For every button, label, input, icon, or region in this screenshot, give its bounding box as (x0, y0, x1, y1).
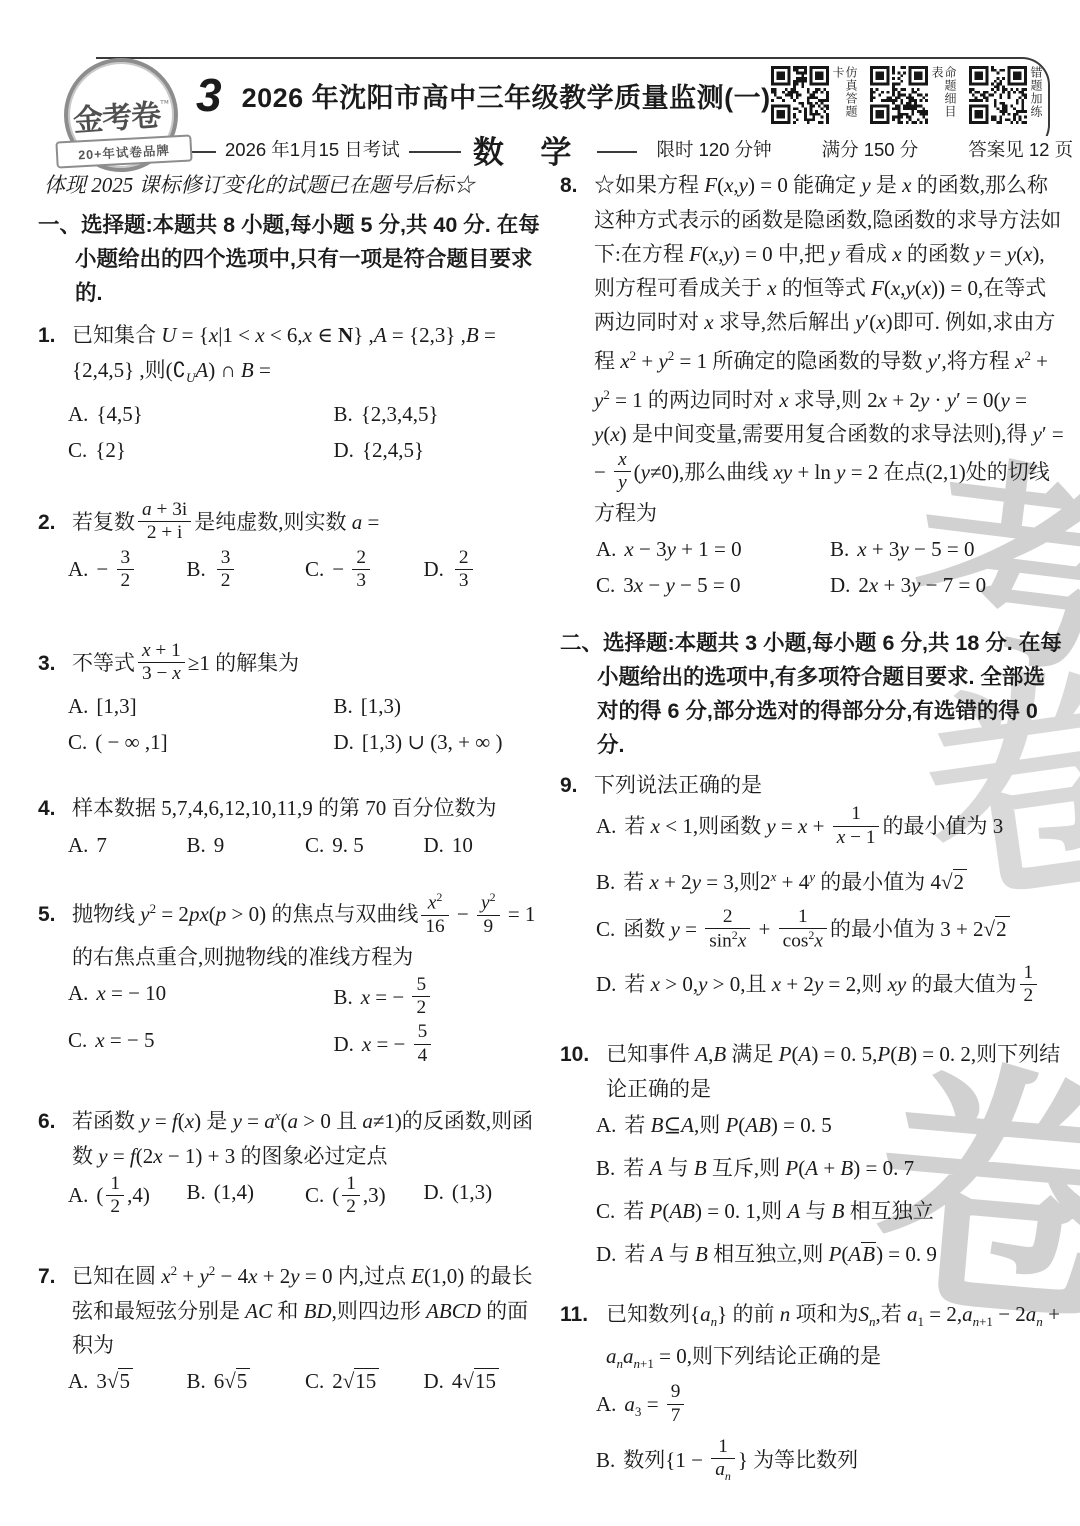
option-text: 32 (214, 557, 238, 581)
options: A.x − 3y + 1 = 0B.x + 3y − 5 = 0C.3x − y… (560, 532, 1064, 602)
option: C.函数 y = 2sin2x + 1cos2x的最小值为 3 + 2√2 (596, 908, 1064, 955)
option-label: B. (830, 537, 849, 561)
full-score-label: 满分 150 分 (813, 136, 928, 162)
header-meta-row: 2026 年1月15 日考试 数 学 限时 120 分钟 满分 150 分 答案… (120, 133, 1046, 165)
section-header: 一、选择题:本题共 8 小题,每小题 5 分,共 40 分. 在每小题给出的四个… (38, 208, 542, 310)
option-label: A. (596, 814, 616, 838)
question: 8.☆如果方程 F(x,y) = 0 能确定 y 是 x 的函数,那么称这种方式… (560, 168, 1064, 602)
option-text: [1,3) ∪ (3, + ∞ ) (362, 730, 503, 754)
option: B.数列{1 − 1an} 为等比数列 (596, 1438, 1064, 1486)
options: A.若 x < 1,则函数 y = x + 1x − 1的最小值为 3B.若 x… (560, 805, 1064, 1009)
option-text: 9. 5 (332, 833, 364, 857)
question-stem: 9.下列说法正确的是 (560, 768, 1064, 803)
qr-item: 错题加练 (969, 66, 1042, 124)
option: D.10 (424, 828, 543, 862)
option-label: D. (424, 833, 444, 857)
option: B.若 A 与 B 互斥,则 P(A + B) = 0. 7 (596, 1151, 1064, 1185)
option-text: 若 x > 0,y > 0,且 x + 2y = 2,则 xy 的最大值为12 (624, 972, 1040, 996)
question: 5.抛物线 y2 = 2px(p > 0) 的焦点与双曲线x216 − y29 … (38, 892, 542, 1068)
option-text: 若 P(AB) = 0. 1,则 A 与 B 相互独立 (623, 1199, 933, 1223)
option-text: 10 (452, 833, 473, 857)
option: C.3x − y − 5 = 0 (596, 568, 830, 602)
logo-ribbon: 20+年试卷品牌 (55, 134, 192, 168)
question-number: 7. (38, 1260, 72, 1294)
options: A.7B.9C.9. 5D.10 (38, 828, 542, 862)
option-text: 2√15 (332, 1368, 379, 1393)
option: C.2√15 (305, 1364, 424, 1398)
option: D.2x + 3y − 7 = 0 (830, 568, 1064, 602)
option-text: ( − ∞ ,1] (95, 730, 167, 754)
option: C.{2} (68, 433, 333, 467)
option: A.(12,4) (68, 1175, 187, 1220)
qr-codes: 仿真答题卡命题细目表错题加练 (771, 66, 1042, 124)
option-label: B. (187, 833, 206, 857)
options: A.{4,5}B.{2,3,4,5}C.{2}D.{2,4,5} (38, 397, 542, 467)
option-text: x + 3y − 5 = 0 (857, 537, 974, 561)
option-text: x − 3y + 1 = 0 (624, 537, 741, 561)
option-text: x = − 10 (96, 981, 166, 1005)
option-label: D. (333, 1032, 353, 1056)
question-stem: 3.不等式x + 13 − x≥1 的解集为 (38, 642, 542, 687)
question-text: 已知集合 U = {x|1 < x < 6,x ∈ N} ,A = {2,3} … (72, 323, 496, 382)
option-text: (1,3) (452, 1180, 492, 1204)
option-text: 3x − y − 5 = 0 (623, 573, 740, 597)
option-label: A. (68, 694, 88, 718)
option: B.x + 3y − 5 = 0 (830, 532, 1064, 566)
option: A.a3 = 97 (596, 1383, 1064, 1429)
option-label: C. (305, 833, 324, 857)
option: D.若 A 与 B 相互独立,则 P(AB) = 0. 9 (596, 1237, 1064, 1271)
option: C.x = − 5 (68, 1023, 333, 1068)
question: 6.若函数 y = f(x) 是 y = ax(a > 0 且 a≠1)的反函数… (38, 1099, 542, 1220)
option: D.x = − 54 (333, 1023, 542, 1068)
option-text: {2} (95, 438, 126, 462)
options: A.(12,4)B.(1,4)C.(12,3)D.(1,3) (38, 1175, 542, 1220)
question-stem: 11.已知数列{an} 的前 n 项和为Sn,若 a1 = 2,an+1 − 2… (560, 1297, 1064, 1381)
option-text: 数列{1 − 1an} 为等比数列 (623, 1448, 858, 1472)
option-label: D. (830, 573, 850, 597)
question-text: 已知事件 A,B 满足 P(A) = 0. 5,P(B) = 0. 2,则下列结… (606, 1042, 1060, 1101)
option-label: A. (68, 833, 88, 857)
qr-code-icon (969, 66, 1027, 124)
exam-meta: 限时 120 分钟 满分 150 分 答案见 12 页 (637, 136, 1080, 162)
options: A.若 B⊆A,则 P(AB) = 0. 5B.若 A 与 B 互斥,则 P(A… (560, 1108, 1064, 1271)
option-label: B. (333, 402, 352, 426)
column-right: 8.☆如果方程 F(x,y) = 0 能确定 y 是 x 的函数,那么称这种方式… (560, 168, 1064, 1520)
option-text: [1,3) (361, 694, 401, 718)
qr-label: 错题加练 (1029, 66, 1042, 124)
question-text: 若函数 y = f(x) 是 y = ax(a > 0 且 a≠1)的反函数,则… (72, 1109, 533, 1168)
option-text: 9 (214, 833, 225, 857)
option-label: D. (424, 1369, 444, 1393)
option-label: A. (68, 557, 88, 581)
option-text: 6√5 (214, 1368, 251, 1393)
option: C.9. 5 (305, 828, 424, 862)
option: B.{2,3,4,5} (333, 397, 542, 431)
question-text: 已知数列{an} 的前 n 项和为Sn,若 a1 = 2,an+1 − 2an … (606, 1302, 1060, 1368)
option-text: 若 A 与 B 相互独立,则 P(AB) = 0. 9 (624, 1242, 936, 1266)
option-text: 7 (96, 833, 107, 857)
option: B.32 (187, 549, 306, 594)
option-text: − 23 (332, 557, 373, 581)
option-label: B. (596, 1156, 615, 1180)
option-label: B. (187, 1369, 206, 1393)
option: D.4√15 (424, 1364, 543, 1398)
option-text: 23 (452, 557, 476, 581)
option-text: {4,5} (96, 402, 142, 426)
question-stem: 8.☆如果方程 F(x,y) = 0 能确定 y 是 x 的函数,那么称这种方式… (560, 168, 1064, 530)
option: A.x = − 10 (68, 976, 333, 1021)
option: A.7 (68, 828, 187, 862)
header-title-row: 3 2026 年沈阳市高中三年级教学质量监测(一) 仿真答题卡命题细目表错题加练 (196, 64, 1042, 126)
question-stem: 10.已知事件 A,B 满足 P(A) = 0. 5,P(B) = 0. 2,则… (560, 1037, 1064, 1106)
option-text: x = − 54 (362, 1032, 434, 1056)
option: B.[1,3) (333, 689, 542, 723)
option-label: A. (596, 1113, 616, 1137)
option-label: C. (305, 557, 324, 581)
option: D.(1,3) (424, 1175, 543, 1220)
option-text: [1,3] (96, 694, 136, 718)
option-label: A. (68, 1369, 88, 1393)
options: A.3√5B.6√5C.2√15D.4√15 (38, 1364, 542, 1398)
option: C.若 P(AB) = 0. 1,则 A 与 B 相互独立 (596, 1194, 1064, 1228)
section-header: 二、选择题:本题共 3 小题,每小题 6 分,共 18 分. 在每小题给出的选项… (560, 626, 1064, 762)
answers-note: 答案见 12 页 (959, 136, 1080, 162)
question-stem: 5.抛物线 y2 = 2px(p > 0) 的焦点与双曲线x216 − y29 … (38, 892, 542, 974)
duration-label: 限时 120 分钟 (647, 136, 780, 162)
option: C.( − ∞ ,1] (68, 725, 333, 759)
option: A.若 B⊆A,则 P(AB) = 0. 5 (596, 1108, 1064, 1142)
option: C.(12,3) (305, 1175, 424, 1220)
option: D.若 x > 0,y > 0,且 x + 2y = 2,则 xy 的最大值为1… (596, 964, 1064, 1009)
options: A.− 32B.32C.− 23D.23 (38, 549, 542, 594)
question-stem: 6.若函数 y = f(x) 是 y = ax(a > 0 且 a≠1)的反函数… (38, 1099, 542, 1173)
option-text: {2,3,4,5} (361, 402, 439, 426)
option-label: B. (596, 870, 615, 894)
qr-item: 命题细目表 (870, 66, 956, 124)
question-stem: 7.已知在圆 x2 + y2 − 4x + 2y = 0 内,过点 E(1,0)… (38, 1254, 542, 1362)
option-label: D. (333, 438, 353, 462)
option-label: B. (187, 1180, 206, 1204)
option-text: 函数 y = 2sin2x + 1cos2x的最小值为 3 + 2√2 (623, 917, 1009, 941)
option-label: C. (596, 573, 615, 597)
option-label: C. (68, 1028, 87, 1052)
option-text: 若 x + 2y = 3,则2x + 4y 的最小值为 4√2 (623, 870, 967, 894)
option: A.3√5 (68, 1364, 187, 1398)
option: A.{4,5} (68, 397, 333, 431)
option-label: B. (333, 694, 352, 718)
option-label: C. (596, 1199, 615, 1223)
option: B.(1,4) (187, 1175, 306, 1220)
subject-title: 数 学 (461, 127, 598, 172)
exam-body: 体现 2025 课标修订变化的试题已在题号后标☆一、选择题:本题共 8 小题,每… (38, 168, 1064, 1520)
question: 1.已知集合 U = {x|1 < x < 6,x ∈ N} ,A = {2,3… (38, 318, 542, 467)
options: A.a3 = 97B.数列{1 − 1an} 为等比数列 (560, 1383, 1064, 1486)
option: B.6√5 (187, 1364, 306, 1398)
question-number: 3. (38, 647, 72, 681)
question: 2.若复数a + 3i2 + i是纯虚数,则实数 a =A.− 32B.32C.… (38, 501, 542, 594)
question-text: 下列说法正确的是 (594, 773, 762, 797)
option-label: C. (68, 730, 87, 754)
question-number: 2. (38, 506, 72, 540)
option-label: B. (187, 557, 206, 581)
question-number: 4. (38, 792, 72, 826)
option-text: x = − 52 (361, 985, 433, 1009)
qr-code-icon (870, 66, 928, 124)
question-text: 已知在圆 x2 + y2 − 4x + 2y = 0 内,过点 E(1,0) 的… (72, 1264, 533, 1357)
qr-label: 仿真答题卡 (831, 66, 857, 124)
question: 7.已知在圆 x2 + y2 − 4x + 2y = 0 内,过点 E(1,0)… (38, 1254, 542, 1398)
option-text: (1,4) (214, 1180, 254, 1204)
option-label: A. (596, 1392, 616, 1416)
option-label: C. (305, 1183, 324, 1207)
question-text: 若复数a + 3i2 + i是纯虚数,则实数 a = (72, 510, 379, 534)
option: B.若 x + 2y = 3,则2x + 4y 的最小值为 4√2 (596, 860, 1064, 899)
option-text: a3 = 97 (624, 1392, 687, 1416)
option: A.若 x < 1,则函数 y = x + 1x − 1的最小值为 3 (596, 805, 1064, 850)
question: 11.已知数列{an} 的前 n 项和为Sn,若 a1 = 2,an+1 − 2… (560, 1297, 1064, 1486)
column-left: 体现 2025 课标修订变化的试题已在题号后标☆一、选择题:本题共 8 小题,每… (38, 168, 542, 1520)
options: A.[1,3]B.[1,3)C.( − ∞ ,1]D.[1,3) ∪ (3, +… (38, 689, 542, 759)
option: C.− 23 (305, 549, 424, 594)
qr-item: 仿真答题卡 (771, 66, 857, 124)
option-label: C. (68, 438, 87, 462)
qr-code-icon (771, 66, 829, 124)
option-label: D. (596, 972, 616, 996)
option: B.9 (187, 828, 306, 862)
question-number: 9. (560, 769, 594, 803)
option-label: D. (596, 1242, 616, 1266)
question-stem: 2.若复数a + 3i2 + i是纯虚数,则实数 a = (38, 501, 542, 546)
option: D.{2,4,5} (333, 433, 542, 467)
question-text: 不等式x + 13 − x≥1 的解集为 (72, 651, 299, 675)
option-text: 若 x < 1,则函数 y = x + 1x − 1的最小值为 3 (624, 814, 1003, 838)
exam-date: 2026 年1月15 日考试 (216, 136, 409, 162)
option: D.[1,3) ∪ (3, + ∞ ) (333, 725, 542, 759)
option-text: − 32 (96, 557, 137, 581)
option-label: D. (424, 557, 444, 581)
question: 4.样本数据 5,7,4,6,12,10,11,9 的第 70 百分位数为A.7… (38, 791, 542, 862)
question-stem: 4.样本数据 5,7,4,6,12,10,11,9 的第 70 百分位数为 (38, 791, 542, 826)
question-text: ☆如果方程 F(x,y) = 0 能确定 y 是 x 的函数,那么称这种方式表示… (594, 173, 1064, 525)
option-label: D. (333, 730, 353, 754)
option: D.23 (424, 549, 543, 594)
question: 3.不等式x + 13 − x≥1 的解集为A.[1,3]B.[1,3)C.( … (38, 642, 542, 759)
question-text: 抛物线 y2 = 2px(p > 0) 的焦点与双曲线x216 − y29 = … (72, 902, 535, 969)
option-label: A. (68, 402, 88, 426)
option-text: 2x + 3y − 7 = 0 (858, 573, 986, 597)
option-text: 3√5 (96, 1368, 133, 1393)
option-text: (12,4) (96, 1183, 149, 1207)
question-number: 11. (560, 1298, 606, 1332)
options: A.x = − 10B.x = − 52C.x = − 5D.x = − 54 (38, 976, 542, 1069)
option: A.x − 3y + 1 = 0 (596, 532, 830, 566)
option-label: B. (333, 985, 352, 1009)
option-text: {2,4,5} (362, 438, 424, 462)
question-number: 5. (38, 898, 72, 932)
option-label: A. (68, 981, 88, 1005)
exam-page: 考卷卷 金考卷™ 20+年试卷品牌 3 2026 年沈阳市高中三年级教学质量监测… (0, 0, 1080, 1526)
option: A.[1,3] (68, 689, 333, 723)
issue-number: 3 (196, 68, 222, 122)
trademark-icon: ™ (160, 98, 169, 108)
question-number: 6. (38, 1105, 72, 1139)
exam-title: 2026 年沈阳市高中三年级教学质量监测(一) (242, 76, 771, 115)
qr-label: 命题细目表 (930, 66, 956, 124)
option-text: 若 A 与 B 互斥,则 P(A + B) = 0. 7 (623, 1156, 914, 1180)
option-label: D. (424, 1180, 444, 1204)
brand-logo: 金考卷™ 20+年试卷品牌 (60, 56, 188, 178)
option-text: x = − 5 (95, 1028, 154, 1052)
option: A.− 32 (68, 549, 187, 594)
option: B.x = − 52 (333, 976, 542, 1021)
option-text: 若 B⊆A,则 P(AB) = 0. 5 (624, 1113, 831, 1137)
question-text: 样本数据 5,7,4,6,12,10,11,9 的第 70 百分位数为 (72, 796, 496, 820)
question-number: 1. (38, 319, 72, 353)
question-stem: 1.已知集合 U = {x|1 < x < 6,x ∈ N} ,A = {2,3… (38, 318, 542, 395)
option-text: (12,3) (332, 1183, 385, 1207)
question: 10.已知事件 A,B 满足 P(A) = 0. 5,P(B) = 0. 2,则… (560, 1037, 1064, 1271)
option-label: B. (596, 1448, 615, 1472)
option-label: A. (68, 1183, 88, 1207)
option-label: C. (596, 917, 615, 941)
question-number: 8. (560, 169, 594, 203)
question-number: 10. (560, 1038, 606, 1072)
question: 9.下列说法正确的是A.若 x < 1,则函数 y = x + 1x − 1的最… (560, 768, 1064, 1009)
logo-brand-text: 金考卷 (72, 90, 162, 140)
option-label: A. (596, 537, 616, 561)
option-label: C. (305, 1369, 324, 1393)
option-text: 4√15 (452, 1368, 499, 1393)
